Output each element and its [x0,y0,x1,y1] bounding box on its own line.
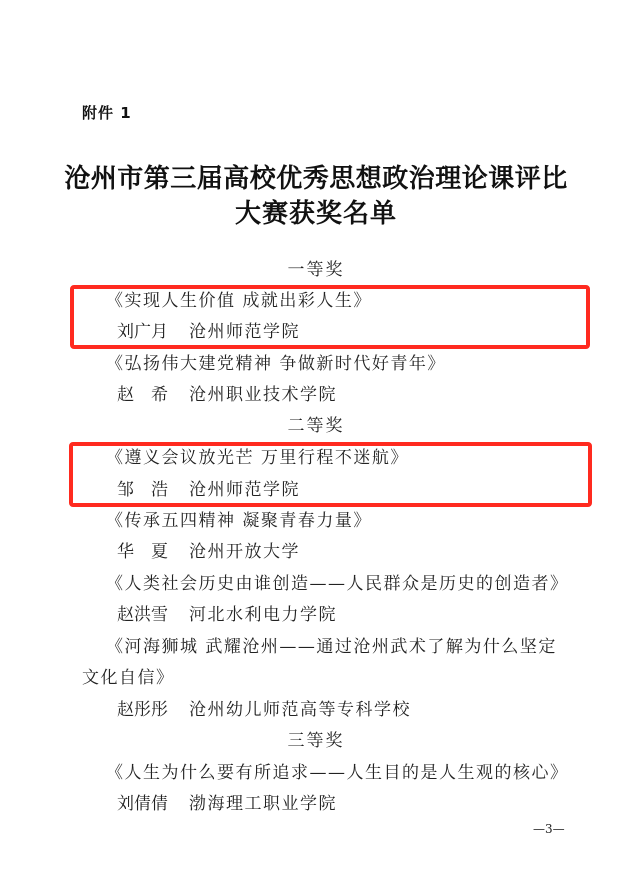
document-title-line-1: 沧州市第三届高校优秀思想政治理论课评比 [0,162,632,197]
author-name: 刘广月 [117,322,189,342]
award-author: 华 夏沧州开放大学 [117,542,300,562]
author-school: 沧州师范学院 [189,480,300,500]
page-number: —3— [533,822,565,836]
award-work-title: 《人类社会历史由谁创造——人民群众是历史的创造者》 [106,574,569,594]
author-school: 沧州师范学院 [189,322,300,342]
author-school: 沧州幼儿师范高等专科学校 [189,700,411,720]
document-page: 附件 1 沧州市第三届高校优秀思想政治理论课评比 大赛获奖名单 一等奖 《实现人… [0,0,632,877]
award-author: 赵洪雪河北水利电力学院 [117,605,337,625]
author-name: 赵彤彤 [117,700,189,720]
award-work-title-line-2: 文化自信》 [82,668,175,688]
author-name: 华 夏 [117,542,189,562]
award-work-title: 《遵义会议放光芒 万里行程不迷航》 [106,448,409,468]
author-school: 沧州开放大学 [189,542,300,562]
award-author: 刘广月沧州师范学院 [117,322,300,342]
author-name: 赵 希 [117,385,189,405]
author-school: 渤海理工职业学院 [189,794,337,814]
award-work-title-line-1: 《河海狮城 武耀沧州——通过沧州武术了解为什么坚定 [106,637,557,657]
author-school: 沧州职业技术学院 [189,385,337,405]
award-author: 刘倩倩渤海理工职业学院 [117,794,337,814]
author-name: 刘倩倩 [117,794,189,814]
third-prize-heading: 三等奖 [0,731,632,751]
author-school: 河北水利电力学院 [189,605,337,625]
second-prize-heading: 二等奖 [0,416,632,436]
award-work-title: 《实现人生价值 成就出彩人生》 [106,291,372,311]
first-prize-heading: 一等奖 [0,260,632,280]
award-work-title: 《人生为什么要有所追求——人生目的是人生观的核心》 [106,763,569,783]
award-work-title: 《弘扬伟大建党精神 争做新时代好青年》 [106,354,446,374]
author-name: 邹 浩 [117,480,189,500]
award-author: 赵 希沧州职业技术学院 [117,385,337,405]
award-author: 赵彤彤沧州幼儿师范高等专科学校 [117,700,411,720]
author-name: 赵洪雪 [117,605,189,625]
document-title-line-2: 大赛获奖名单 [0,197,632,232]
award-author: 邹 浩沧州师范学院 [117,480,300,500]
award-work-title: 《传承五四精神 凝聚青春力量》 [106,511,372,531]
attachment-label: 附件 1 [82,102,132,123]
